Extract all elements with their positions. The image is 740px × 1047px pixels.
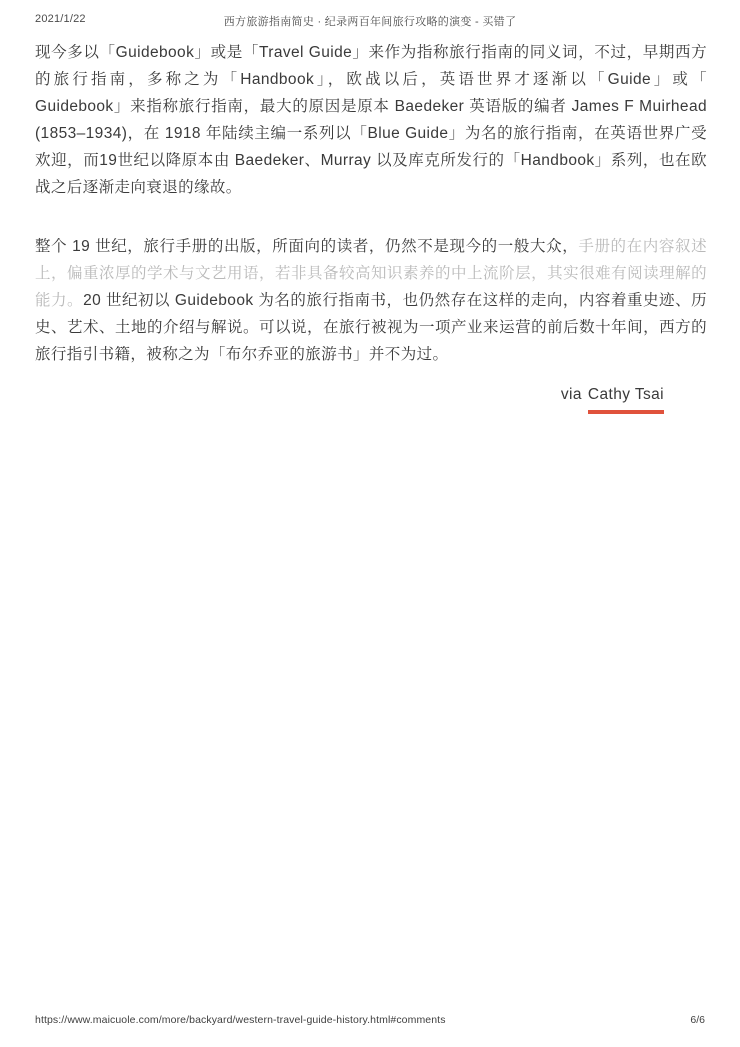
paragraph-19th-century: 整个 19 世纪，旅行手册的出版，所面向的读者，仍然不是现今的一般大众，手册的在… xyxy=(35,233,707,368)
paragraph2-segment-dark-1: 整个 19 世纪，旅行手册的出版，所面向的读者，仍然不是现今的一般大众， xyxy=(35,238,578,255)
article-body: 现今多以「Guidebook」或是「Travel Guide」来作为指称旅行指南… xyxy=(35,39,707,414)
print-preview-page: 2021/1/22 西方旅游指南简史 · 纪录两百年间旅行攻略的演变 - 买错了… xyxy=(0,0,740,1047)
document-title: 西方旅游指南简史 · 纪录两百年间旅行攻略的演变 - 买错了 xyxy=(35,13,705,29)
attribution-line: viaCathy Tsai xyxy=(35,381,707,414)
author-link[interactable]: Cathy Tsai xyxy=(588,381,664,414)
paragraph-guidebook-history: 现今多以「Guidebook」或是「Travel Guide」来作为指称旅行指南… xyxy=(35,39,707,201)
source-url: https://www.maicuole.com/more/backyard/w… xyxy=(35,1014,446,1026)
print-header: 2021/1/22 西方旅游指南简史 · 纪录两百年间旅行攻略的演变 - 买错了 xyxy=(35,13,705,29)
page-indicator: 6/6 xyxy=(690,1014,705,1026)
paragraph2-segment-dark-2: 20 世纪初以 Guidebook 为名的旅行指南书，也仍然存在这样的走向，内容… xyxy=(35,292,707,363)
print-footer: https://www.maicuole.com/more/backyard/w… xyxy=(35,1014,705,1028)
via-label: via xyxy=(561,386,582,403)
